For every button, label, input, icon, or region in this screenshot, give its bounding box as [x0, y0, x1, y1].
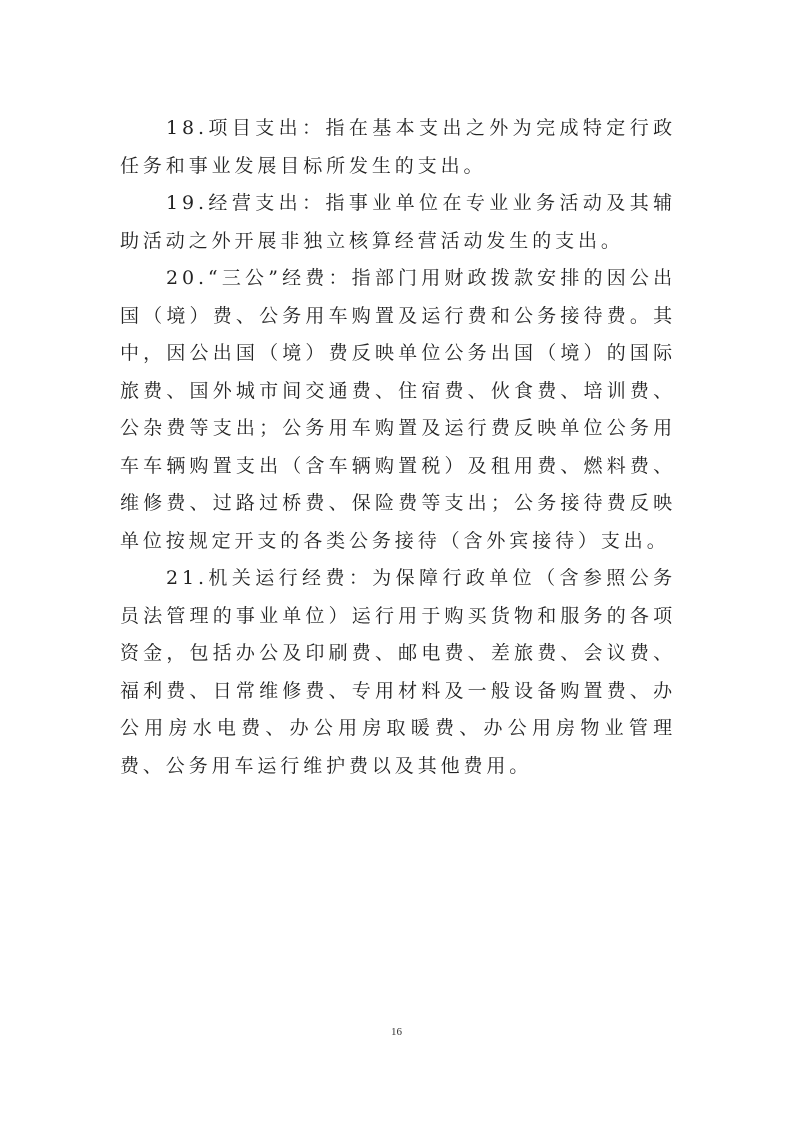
- page-number: 16: [0, 1026, 793, 1038]
- paragraph-operating-expenditure: 19.经营支出：指事业单位在专业业务活动及其辅助活动之外开展非独立核算经营活动发…: [120, 185, 676, 260]
- paragraph-project-expenditure: 18.项目支出：指在基本支出之外为完成特定行政任务和事业发展目标所发生的支出。: [120, 110, 676, 185]
- paragraph-three-public-expenses: 20.“三公”经费：指部门用财政拨款安排的因公出国（境）费、公务用车购置及运行费…: [120, 260, 676, 560]
- document-body: 18.项目支出：指在基本支出之外为完成特定行政任务和事业发展目标所发生的支出。 …: [120, 110, 676, 785]
- paragraph-agency-operating-expenses: 21.机关运行经费：为保障行政单位（含参照公务员法管理的事业单位）运行用于购买货…: [120, 560, 676, 785]
